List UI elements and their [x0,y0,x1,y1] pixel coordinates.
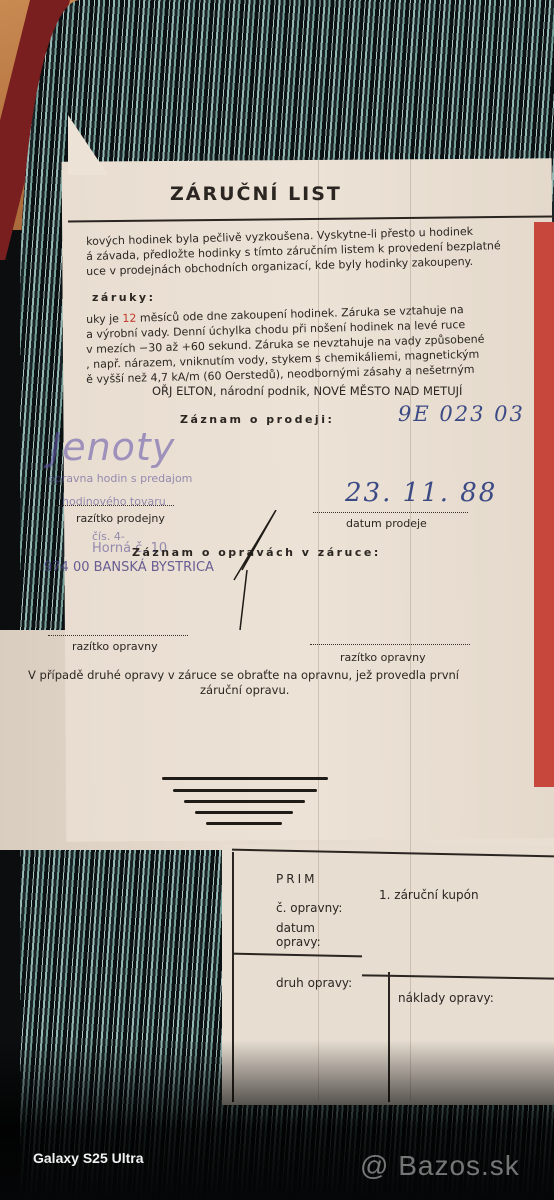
logo-stripe [184,800,305,803]
second-repair-note-line-1: V případě druhé opravy v záruce se obrať… [28,668,459,683]
logo-stripe [173,789,317,792]
repair-cost-label: náklady opravy: [398,991,494,1006]
sale-date-line [313,512,468,513]
shop-stamp-signature-line [56,505,174,506]
site-watermark: @ Bazos.sk [360,1150,520,1182]
warranty-months: 12 [122,312,136,325]
repair-shop-number-label: č. opravny: [276,901,342,916]
repair-stamp-line-2 [310,644,470,645]
repair-date-label-line-2: opravy: [276,935,321,950]
repair-date-label-line-1: datum [276,921,315,936]
logo-stripe [195,811,293,814]
fold-crease [410,160,411,1100]
conditions-heading: záruky: [92,290,155,305]
repair-stamp-label-1: razítko opravny [72,639,158,654]
shop-stamp-line-5: 974 00 BANSKÁ BYSTRICA [44,560,214,575]
repair-type-label: druh opravy: [276,976,352,991]
sale-date-label: datum prodeje [346,516,427,531]
sale-record-label: Záznam o prodeji: [180,412,334,427]
shop-stamp-line-2: hodinového tovaru [62,495,166,508]
sale-date-handwritten: 23. 11. 88 [345,478,497,508]
red-booklet-edge [534,222,554,787]
fold-crease [318,160,319,1100]
logo-stripe [162,777,328,780]
signature-mark [232,510,282,690]
shop-stamp-brand: Jenoty [50,425,175,469]
coupon-title: 1. záruční kupón [379,888,479,903]
logo-stripe [206,822,282,825]
repair-stamp-label-2: razítko opravny [340,650,426,665]
serial-number-handwritten: 9E 023 03 [398,402,525,426]
device-watermark: Galaxy S25 Ultra [33,1150,144,1166]
second-repair-note-line-2: záruční opravu. [200,683,289,698]
manufacturer: OŘJ ELTON, národní podnik, NOVÉ MĚSTO NA… [152,384,462,399]
coupon-brand: PRIM [276,872,317,887]
shop-stamp-line-1: opravna hodin s predajom [48,472,192,485]
document-title: ZÁRUČNÍ LIST [170,183,342,205]
conditions-text: uky je [86,312,119,326]
repair-stamp-line-1 [48,635,188,636]
shop-stamp-label: razítko prodejny [76,511,165,526]
